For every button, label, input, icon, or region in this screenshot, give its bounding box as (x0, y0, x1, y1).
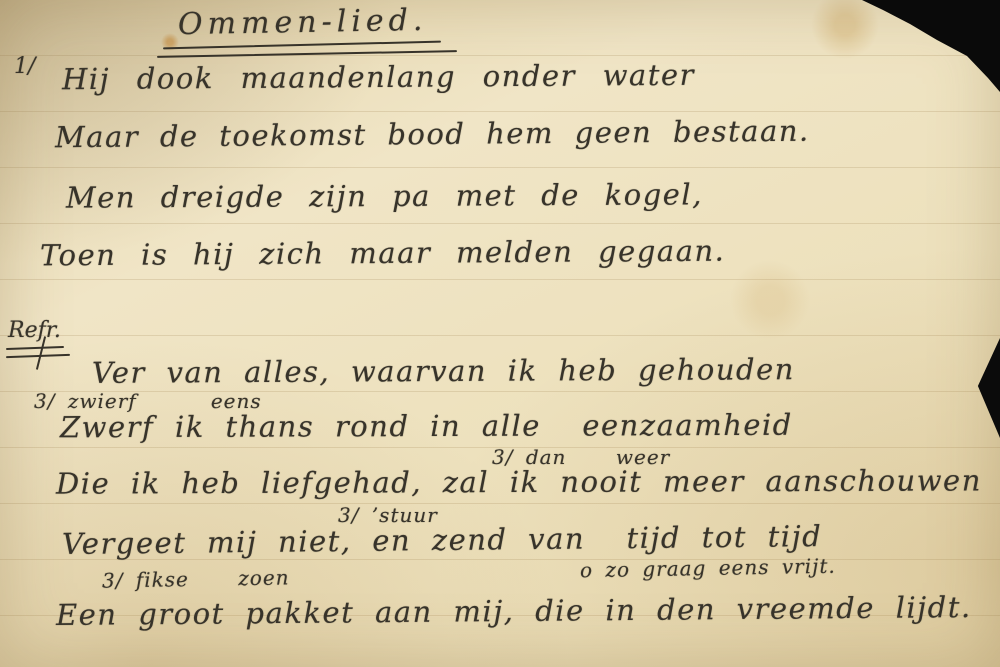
verse-line: Toen is hij zich maar melden gegaan. (40, 234, 726, 273)
manuscript-page: Ommen-lied. 1/ Hij dook maandenlang onde… (0, 0, 1000, 667)
refrain-line: Een groot pakket aan mij, die in den vre… (56, 590, 972, 632)
verse-line: Men dreigde zijn pa met de kogel, (66, 177, 703, 214)
refrain-underline (6, 346, 64, 350)
torn-edge-notch (974, 338, 1000, 438)
interlinear-annotation: o zo graag eens vrijt. (580, 554, 836, 582)
verse-line: Hij dook maandenlang onder water (62, 58, 695, 96)
title-underline (163, 41, 441, 50)
refrain-line: Vergeet mij niet, en zend van tijd tot t… (62, 519, 822, 561)
title-underline (157, 50, 457, 58)
interlinear-annotation: 3/ fikse zoen (102, 565, 290, 592)
song-title: Ommen-lied. (178, 3, 428, 42)
stanza-marker: 1/ (14, 54, 35, 79)
refrain-line: Ver van alles, waarvan ik heb gehouden (92, 352, 795, 390)
torn-corner (850, 0, 1000, 100)
refrain-line: Zwerf ik thans rond in alle eenzaamheid (60, 408, 793, 445)
refrain-line: Die ik heb liefgehad, zal ik nooit meer … (56, 463, 982, 500)
verse-line: Maar de toekomst bood hem geen bestaan. (55, 114, 810, 155)
refrain-label: Refr. (8, 318, 61, 343)
